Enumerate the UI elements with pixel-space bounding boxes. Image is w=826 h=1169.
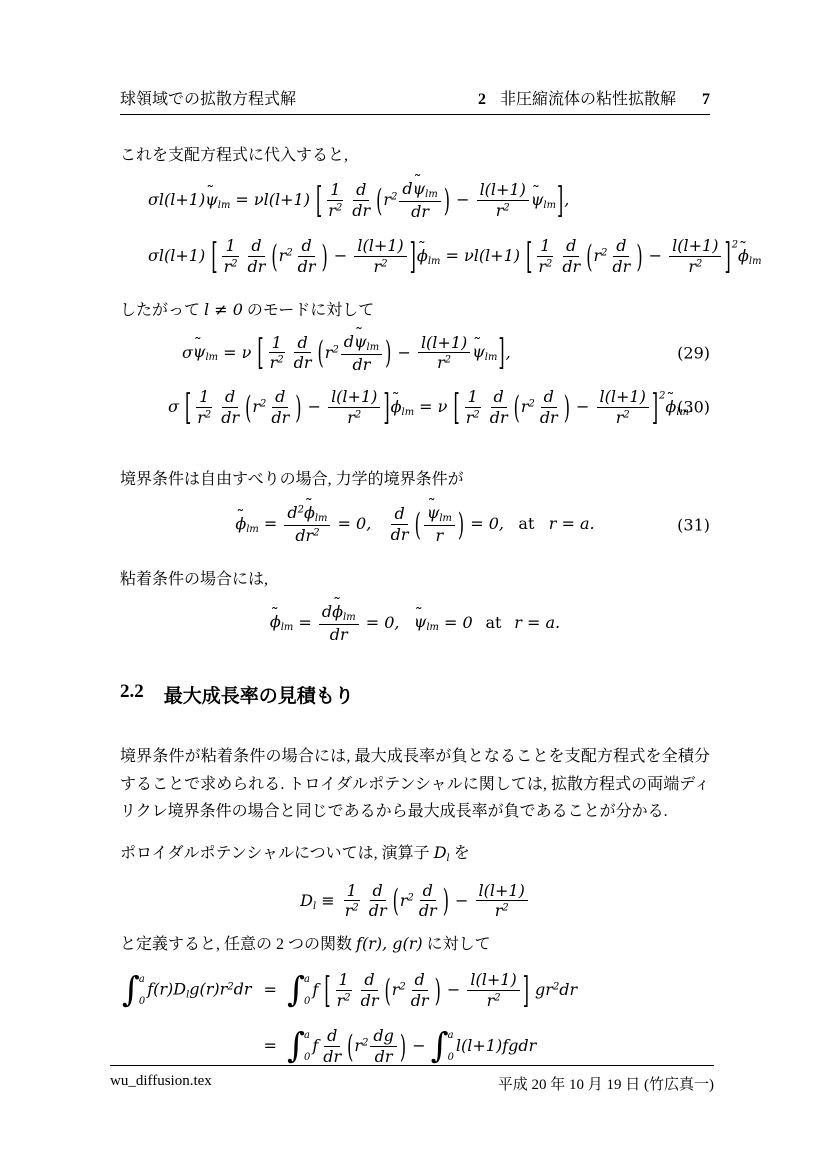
running-head-right: 2 非圧縮流体の粘性拡散解 7 — [478, 86, 710, 109]
footer-rule — [110, 1065, 714, 1066]
equation-no-slip-conditions: ˜ϕlm = d˜ϕlmdr = 0,˜ψlm = 0atr = a. — [120, 595, 710, 651]
math-content: ∫a0f(r)Dlg(r)r2dr — [122, 973, 252, 1007]
paragraph-free-slip-boundary: 境界条件は自由すべりの場合, 力学的境界条件が — [120, 466, 710, 494]
page-footer: wu_diffusion.tex 平成 20 年 10 月 19 日 (竹広真一… — [110, 1060, 714, 1094]
math-content: ˜ϕlm = d˜ϕlmdr = 0,˜ψlm = 0atr = a. — [270, 603, 560, 644]
paragraph-poloidal-operator-intro: ポロイダルポテンシャルについては, 演算子 Dl を — [120, 839, 710, 872]
equation-29: σ˜ψlm = ν [1r2ddr(r2d˜ψlmdr) − l(l+1)r2˜… — [120, 326, 710, 380]
header-rule — [120, 114, 710, 115]
math-content: σ˜ψlm = ν [1r2ddr(r2d˜ψlmdr) − l(l+1)r2˜… — [182, 333, 511, 374]
section-title: 最大成長率の見積もり — [164, 681, 354, 708]
math-content: ˜ϕlm = d2˜ϕlmdr2 = 0,ddr(˜ψlmr) = 0,atr … — [235, 504, 594, 545]
header-page-number: 7 — [702, 91, 710, 109]
equation-number: (30) — [677, 398, 710, 417]
paragraph-substitution-intro: これを支配方程式に代入すると, — [120, 142, 710, 170]
paragraph-l-nonzero-modes: したがって l ≠ 0 のモードに対して — [120, 296, 710, 325]
math-content: σ [1r2ddr(r2ddr) − l(l+1)r2]˜ϕlm = ν [1r… — [168, 388, 694, 427]
footer-filename: wu_diffusion.tex — [110, 1073, 212, 1094]
equation-toroidal-substituted: σl(l+1)˜ψlm = νl(l+1) [1r2ddr(r2d˜ψlmdr)… — [120, 174, 710, 228]
running-head-left: 球領域での拡散方程式解 — [120, 86, 296, 109]
equation-number: (29) — [677, 344, 710, 363]
equation-number: (31) — [677, 515, 710, 534]
integral-rhs-line1: = ∫a0f [1r2ddr(r2ddr) − l(l+1)r2] gr2dr — [264, 964, 578, 1016]
equation-poloidal-substituted: σl(l+1) [1r2ddr(r2ddr) − l(l+1)r2]˜ϕlm =… — [120, 228, 710, 286]
equation-operator-definition: Dl ≡ 1r2ddr(r2ddr) − l(l+1)r2 — [120, 872, 710, 930]
math-content: σl(l+1)˜ψlm = νl(l+1) [1r2ddr(r2d˜ψlmdr)… — [148, 180, 569, 221]
math-content: σl(l+1) [1r2ddr(r2ddr) − l(l+1)r2]˜ϕlm =… — [148, 237, 761, 276]
page-header: 球領域での拡散方程式解 2 非圧縮流体の粘性拡散解 7 — [120, 86, 710, 109]
section-number: 2.2 — [120, 681, 144, 708]
equation-31: ˜ϕlm = d2˜ϕlmdr2 = 0,ddr(˜ψlmr) = 0,atr … — [120, 496, 710, 554]
paragraph-growth-rate-negative: 境界条件が粘着条件の場合には, 最大成長率が負となることを支配方程式を全積分する… — [120, 743, 710, 826]
math-content: = ∫a0f [1r2ddr(r2ddr) − l(l+1)r2] gr2dr — [264, 971, 578, 1010]
section-heading: 2.2 最大成長率の見積もり — [120, 681, 710, 708]
equation-integral-identity: ∫a0f(r)Dlg(r)r2dr = ∫a0f [1r2ddr(r2ddr) … — [120, 964, 710, 1072]
paragraph-define-two-functions: と定義すると, 任意の 2 つの関数 f(r), g(r) に対して — [120, 930, 710, 959]
document-page: 球領域での拡散方程式解 2 非圧縮流体の粘性拡散解 7 これを支配方程式に代入す… — [0, 0, 826, 1169]
header-section-title: 非圧縮流体の粘性拡散解 — [500, 86, 676, 109]
paragraph-no-slip-case: 粘着条件の場合には, — [120, 566, 710, 594]
footer-date-author: 平成 20 年 10 月 19 日 (竹広真一) — [498, 1073, 714, 1094]
header-section-number: 2 — [478, 91, 486, 109]
integral-lhs: ∫a0f(r)Dlg(r)r2dr — [122, 964, 252, 1016]
math-content: Dl ≡ 1r2ddr(r2ddr) − l(l+1)r2 — [300, 882, 530, 921]
equation-30: σ [1r2ddr(r2ddr) − l(l+1)r2]˜ϕlm = ν [1r… — [120, 380, 710, 434]
